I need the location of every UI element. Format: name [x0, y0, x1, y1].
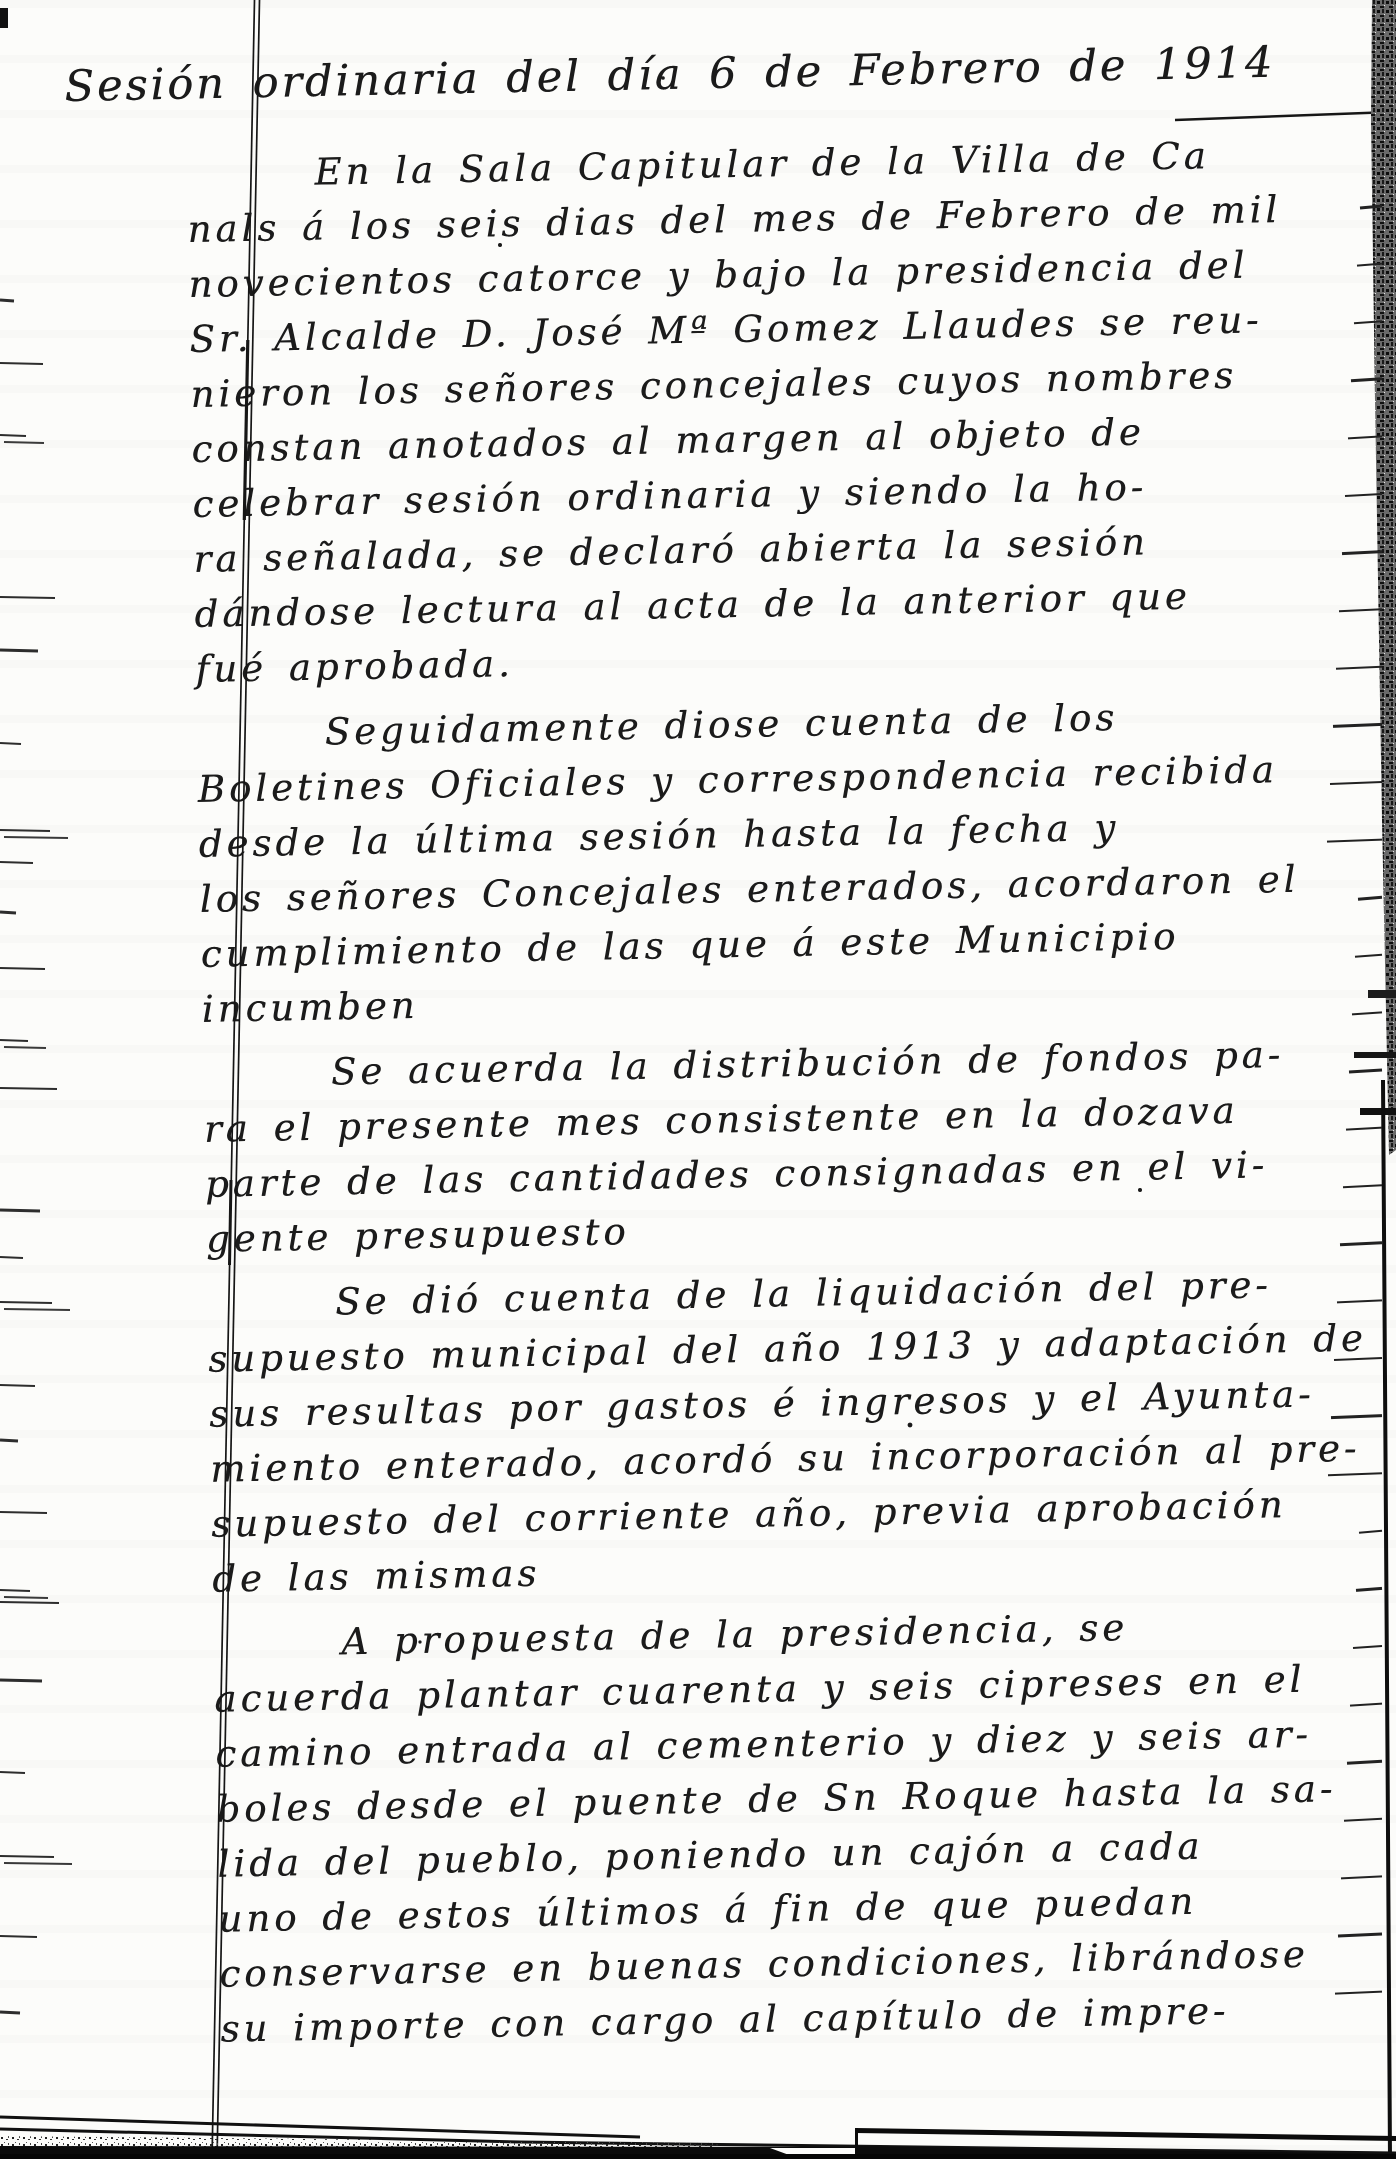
session-heading: Sesión ordinaria del día 6 de Febrero de… [64, 38, 1276, 112]
paragraph: Se acuerda la distribución de fondos pa-… [202, 1026, 1365, 1267]
bottom-scan-band [0, 2117, 1396, 2159]
paragraph: Seguidamente diose cuenta de losBoletine… [196, 686, 1361, 1037]
paragraph: A propuesta de la presidencia, seacuerda… [213, 1596, 1380, 2057]
manuscript-body: En la Sala Capitular de la Villa de Cana… [186, 126, 1380, 2067]
scanned-page: Sesión ordinaria del día 6 de Febrero de… [0, 0, 1396, 2159]
paragraph: Se dió cuenta de la liquidación del pre-… [207, 1256, 1372, 1607]
paragraph: En la Sala Capitular de la Villa de Cana… [186, 126, 1355, 697]
left-edge-marks [0, 8, 72, 2013]
heading-flourish-dash [1175, 112, 1392, 120]
